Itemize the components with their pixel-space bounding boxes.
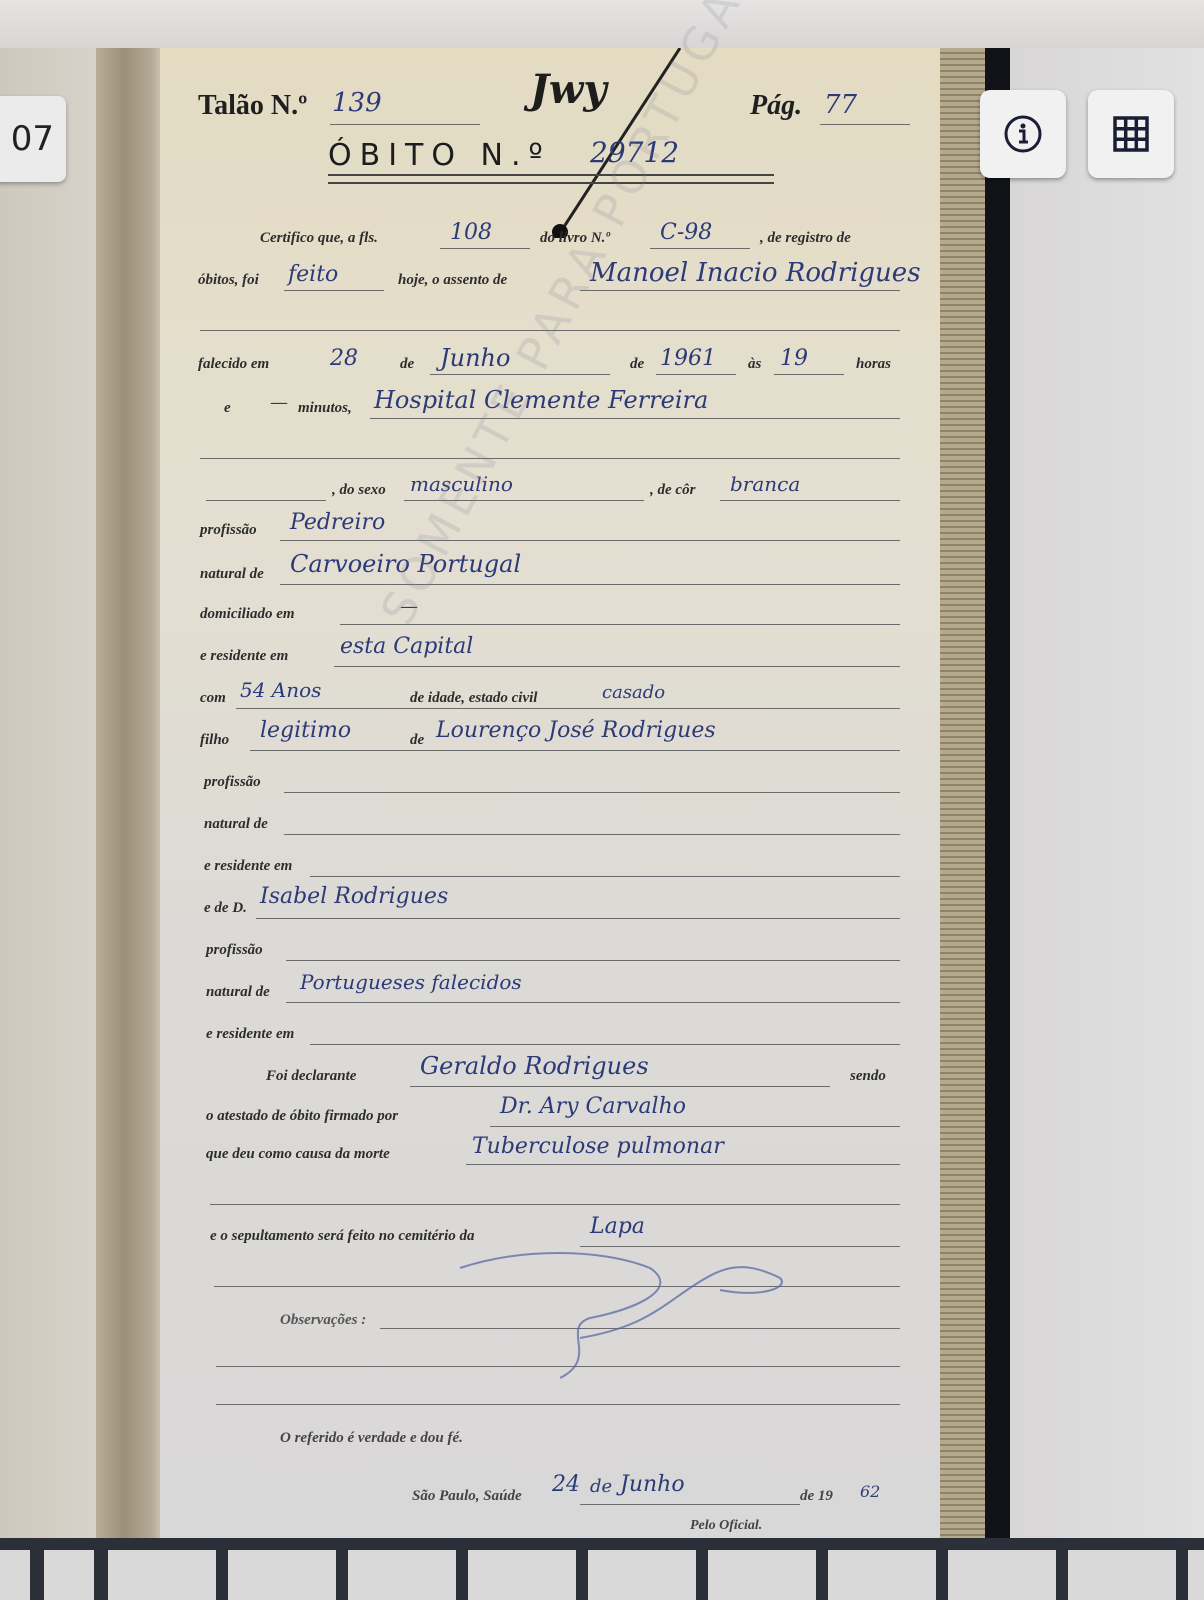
thumbnail[interactable] xyxy=(708,1550,816,1600)
estado-civil-label: de idade, estado civil xyxy=(410,690,537,707)
deceased-name: Manoel Inacio Rodrigues xyxy=(590,258,921,288)
natural-label: natural de xyxy=(200,566,264,583)
ano-label: de 19 xyxy=(800,1488,833,1505)
talao-value: 139 xyxy=(332,88,382,118)
year-label: de xyxy=(630,356,644,373)
pai-residente-label: e residente em xyxy=(204,858,292,875)
obitos-label: óbitos, foi xyxy=(198,272,259,289)
filho-label: filho xyxy=(200,732,229,749)
domiciliado-label: domiciliado em xyxy=(200,606,295,623)
oficial-label: Pelo Oficial. xyxy=(690,1518,762,1534)
thumbnail[interactable] xyxy=(588,1550,696,1600)
book-gutter xyxy=(96,48,166,1538)
info-icon xyxy=(998,109,1048,159)
atestado-label: o atestado de óbito firmado por xyxy=(206,1108,398,1125)
title-underline xyxy=(328,174,774,184)
pai-profissao-label: profissão xyxy=(204,774,261,791)
death-day: 28 xyxy=(330,346,358,371)
document-title: ÓBITO N.º xyxy=(328,138,551,173)
minutes-value: — xyxy=(270,392,288,413)
thumbnail[interactable] xyxy=(1068,1550,1176,1600)
pai-natural-label: natural de xyxy=(204,816,268,833)
registro-label: , de registro de xyxy=(760,230,851,247)
hour-label: às xyxy=(748,356,761,373)
thumbnail-strip[interactable] xyxy=(0,1538,1204,1600)
thumbnail[interactable] xyxy=(0,1550,30,1600)
folha-value: 108 xyxy=(450,220,492,245)
death-hour: 19 xyxy=(780,346,808,371)
pai-label: de xyxy=(410,732,424,749)
certifico-label: Certifico que, a fls. xyxy=(260,230,378,247)
residente-label: e residente em xyxy=(200,648,288,665)
issue-de: de xyxy=(590,1476,612,1497)
signature-scrawl xyxy=(440,1228,800,1388)
info-button[interactable] xyxy=(980,90,1066,178)
page-indicator[interactable]: 07 xyxy=(0,96,66,182)
marital-status-value: casado xyxy=(602,682,665,703)
death-year: 1961 xyxy=(660,346,716,371)
causa-label: que deu como causa da morte xyxy=(206,1146,390,1163)
thumbnail[interactable] xyxy=(228,1550,336,1600)
grid-icon xyxy=(1106,109,1156,159)
verdade-label: O referido é verdade e dou fé. xyxy=(280,1430,463,1447)
mother-name: Isabel Rodrigues xyxy=(260,884,448,909)
father-name: Lourenço José Rodrigues xyxy=(436,718,716,743)
left-page-edge xyxy=(0,48,96,1538)
age-value: 54 Anos xyxy=(240,678,321,702)
page-indicator-text: 07 xyxy=(11,119,54,159)
filiation-value: legitimo xyxy=(260,718,351,743)
observacoes-label: Observações : xyxy=(280,1312,366,1329)
physician-name: Dr. Ary Carvalho xyxy=(500,1094,686,1119)
declarant-name: Geraldo Rodrigues xyxy=(420,1052,649,1080)
sendo-label: sendo xyxy=(850,1068,886,1085)
idade-label: com xyxy=(200,690,226,707)
mae-residente-label: e residente em xyxy=(206,1026,294,1043)
grid-button[interactable] xyxy=(1088,90,1174,178)
sepultamento-label: e o sepultamento será feito no cemitério… xyxy=(210,1228,475,1245)
cor-label: , de côr xyxy=(650,482,695,499)
issue-year: 62 xyxy=(860,1482,880,1501)
feito-value: feito xyxy=(288,262,338,287)
local-label: São Paulo, Saúde xyxy=(412,1488,522,1505)
right-panel xyxy=(1010,48,1204,1538)
minutos-label: minutos, xyxy=(298,400,352,417)
thumbnail[interactable] xyxy=(1188,1550,1204,1600)
profession-value: Pedreiro xyxy=(290,510,385,535)
pag-value: 77 xyxy=(824,90,857,120)
cause-of-death: Tuberculose pulmonar xyxy=(472,1134,724,1159)
residence-value: esta Capital xyxy=(340,634,473,659)
mae-natural-label: natural de xyxy=(206,984,270,1001)
month-label: de xyxy=(400,356,414,373)
top-background xyxy=(0,0,1204,48)
mae-label: e de D. xyxy=(204,900,247,917)
page-edge xyxy=(940,48,988,1538)
thumbnail[interactable] xyxy=(108,1550,216,1600)
thumbnail[interactable] xyxy=(828,1550,936,1600)
assento-label: hoje, o assento de xyxy=(398,272,507,289)
declarante-label: Foi declarante xyxy=(266,1068,356,1085)
pag-label: Pág. xyxy=(750,90,802,122)
horas-label: horas xyxy=(856,356,891,373)
issue-day: 24 xyxy=(552,1472,580,1497)
minutos-prefix: e xyxy=(224,400,231,417)
profissao-label: profissão xyxy=(200,522,257,539)
thumbnail[interactable] xyxy=(44,1550,94,1600)
livro-value: C-98 xyxy=(660,220,712,245)
color-value: branca xyxy=(730,472,800,496)
thumbnail[interactable] xyxy=(468,1550,576,1600)
talao-label: Talão N.º xyxy=(198,90,307,122)
thumbnail[interactable] xyxy=(948,1550,1056,1600)
thumbnail[interactable] xyxy=(348,1550,456,1600)
death-certificate-page: Talão N.º 139 Jwy Pág. 77 ÓBITO N.º 2971… xyxy=(160,48,942,1538)
falecido-label: falecido em xyxy=(198,356,269,373)
sexo-label: , do sexo xyxy=(332,482,386,499)
issue-month: Junho xyxy=(620,1472,685,1497)
mae-profissao-label: profissão xyxy=(206,942,263,959)
mother-birthplace: Portugueses falecidos xyxy=(300,970,522,994)
